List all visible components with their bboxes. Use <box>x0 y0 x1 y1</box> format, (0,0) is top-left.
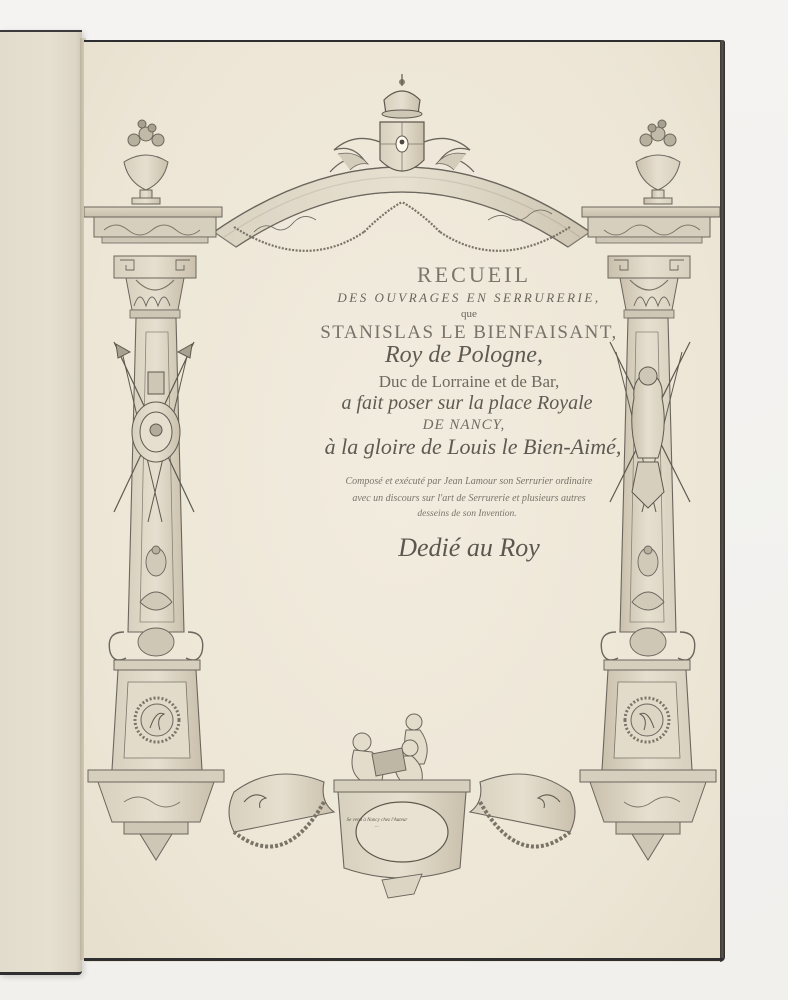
royal-crown-and-arms <box>330 74 474 172</box>
title-ouvrages: DES OUVRAGES EN SERRURERIE, <box>234 290 704 306</box>
title-text-block: RECUEIL DES OUVRAGES EN SERRURERIE, que … <box>274 262 704 563</box>
title-duc-de-lorraine: Duc de Lorraine et de Bar, <box>234 372 704 392</box>
left-column-structure <box>84 120 224 860</box>
title-stanislas: STANISLAS LE BIENFAISANT, <box>234 322 704 344</box>
cartouche-imprint: Se vend à Nancy chez l'Auteur ... <box>346 818 408 830</box>
arch <box>214 167 590 247</box>
left-blank-page <box>0 30 82 975</box>
left-pedestal <box>88 660 224 860</box>
title-a-la-gloire: à la gloire de Louis le Bien-Aimé, <box>242 434 704 460</box>
left-urn <box>124 120 168 204</box>
subtitle-desseins: desseins de son Invention. <box>230 509 704 519</box>
title-a-fait-poser: a fait poser sur la place Royale <box>230 392 704 415</box>
dedication: Dedié au Roy <box>234 533 704 563</box>
title-de-nancy: DE NANCY, <box>224 417 704 434</box>
book-cover-edge <box>720 40 725 962</box>
title-recueil: RECUEIL <box>244 262 704 288</box>
subtitle-avec-discours: avec un discours sur l'art de Serrurerie… <box>234 493 704 504</box>
right-title-page: RECUEIL DES OUVRAGES EN SERRURERIE, que … <box>84 40 720 962</box>
book-bottom-edge <box>84 958 724 961</box>
central-cartouche <box>229 714 575 898</box>
title-roy-de-pologne: Roy de Pologne, <box>224 342 704 369</box>
title-que: que <box>234 308 704 320</box>
subtitle-compose: Composé et exécuté par Jean Lamour son S… <box>234 476 704 487</box>
